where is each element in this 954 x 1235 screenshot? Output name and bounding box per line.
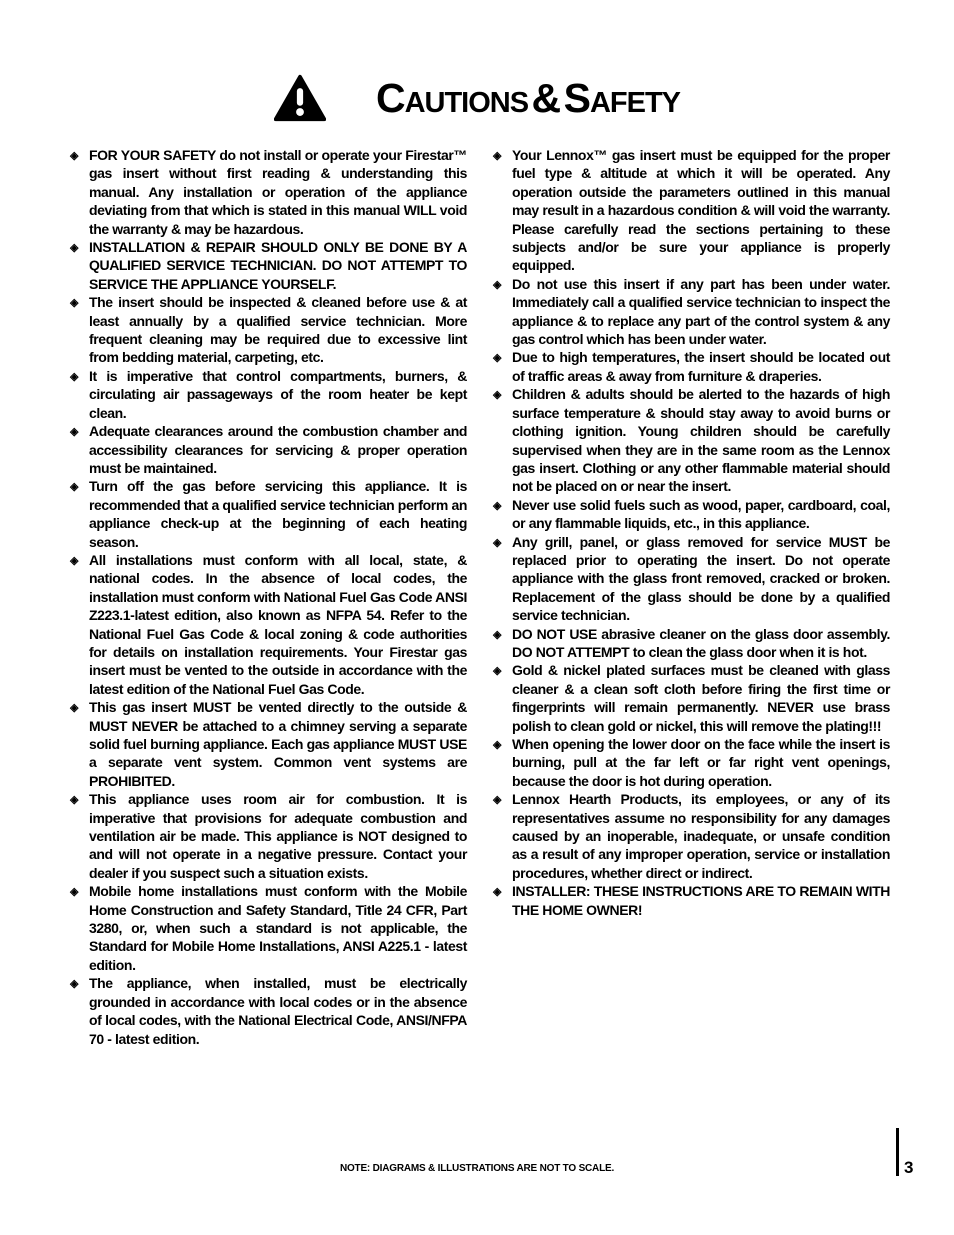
diamond-bullet-icon: ◈ — [493, 496, 512, 533]
diamond-bullet-icon: ◈ — [70, 698, 89, 790]
caution-text: Do not use this insert if any part has b… — [512, 275, 890, 349]
caution-item: ◈ INSTALLATION & REPAIR SHOULD ONLY BE D… — [70, 238, 467, 293]
caution-text: Your Lennox™ gas insert must be equipped… — [512, 146, 890, 275]
diamond-bullet-icon: ◈ — [493, 790, 512, 882]
diamond-bullet-icon: ◈ — [70, 551, 89, 698]
diamond-bullet-icon: ◈ — [70, 422, 89, 477]
diamond-bullet-icon: ◈ — [70, 367, 89, 422]
caution-text: It is imperative that control compartmen… — [89, 367, 467, 422]
caution-item: ◈ INSTALLER: THESE INSTRUCTIONS ARE TO R… — [493, 882, 890, 919]
diamond-bullet-icon: ◈ — [493, 882, 512, 919]
caution-item: ◈ Your Lennox™ gas insert must be equipp… — [493, 146, 890, 275]
caution-item: ◈ All installations must conform with al… — [70, 551, 467, 698]
caution-text: Adequate clearances around the combustio… — [89, 422, 467, 477]
caution-item: ◈ Turn off the gas before servicing this… — [70, 477, 467, 551]
caution-text: Never use solid fuels such as wood, pape… — [512, 496, 890, 533]
caution-text: DO NOT USE abrasive cleaner on the glass… — [512, 625, 890, 662]
caution-item: ◈ Due to high temperatures, the insert s… — [493, 348, 890, 385]
cautions-body: ◈ FOR YOUR SAFETY do not install or oper… — [70, 146, 890, 1048]
page-number: 3 — [904, 1158, 913, 1178]
caution-item: ◈ Lennox Hearth Products, its employees,… — [493, 790, 890, 882]
caution-item: ◈ Any grill, panel, or glass removed for… — [493, 533, 890, 625]
diamond-bullet-icon: ◈ — [70, 974, 89, 1048]
diamond-bullet-icon: ◈ — [493, 533, 512, 625]
page-header: CAUTIONS & SAFETY — [0, 74, 954, 122]
caution-item: ◈ It is imperative that control compartm… — [70, 367, 467, 422]
diamond-bullet-icon: ◈ — [70, 293, 89, 367]
caution-item: ◈ This appliance uses room air for combu… — [70, 790, 467, 882]
right-column: ◈ Your Lennox™ gas insert must be equipp… — [493, 146, 890, 1048]
diamond-bullet-icon: ◈ — [493, 146, 512, 275]
caution-item: ◈ When opening the lower door on the fac… — [493, 735, 890, 790]
caution-text: Any grill, panel, or glass removed for s… — [512, 533, 890, 625]
caution-text: Mobile home installations must conform w… — [89, 882, 467, 974]
diamond-bullet-icon: ◈ — [493, 275, 512, 349]
caution-text: Children & adults should be alerted to t… — [512, 385, 890, 495]
caution-text: FOR YOUR SAFETY do not install or operat… — [89, 146, 467, 238]
caution-text: When opening the lower door on the face … — [512, 735, 890, 790]
caution-text: INSTALLATION & REPAIR SHOULD ONLY BE DON… — [89, 238, 467, 293]
caution-item: ◈ This gas insert MUST be vented directl… — [70, 698, 467, 790]
diamond-bullet-icon: ◈ — [493, 625, 512, 662]
caution-item: ◈ Mobile home installations must conform… — [70, 882, 467, 974]
caution-text: This gas insert MUST be vented directly … — [89, 698, 467, 790]
warning-triangle-icon — [274, 74, 326, 122]
diamond-bullet-icon: ◈ — [70, 238, 89, 293]
caution-text: The appliance, when installed, must be e… — [89, 974, 467, 1048]
caution-text: Lennox Hearth Products, its employees, o… — [512, 790, 890, 882]
caution-item: ◈ Do not use this insert if any part has… — [493, 275, 890, 349]
caution-text: Due to high temperatures, the insert sho… — [512, 348, 890, 385]
caution-item: ◈ Children & adults should be alerted to… — [493, 385, 890, 495]
diamond-bullet-icon: ◈ — [493, 385, 512, 495]
diamond-bullet-icon: ◈ — [70, 477, 89, 551]
caution-text: This appliance uses room air for combust… — [89, 790, 467, 882]
caution-item: ◈ Adequate clearances around the combust… — [70, 422, 467, 477]
caution-text: All installations must conform with all … — [89, 551, 467, 698]
caution-item: ◈ Gold & nickel plated surfaces must be … — [493, 661, 890, 735]
diamond-bullet-icon: ◈ — [70, 882, 89, 974]
footer-note: NOTE: DIAGRAMS & ILLUSTRATIONS ARE NOT T… — [0, 1163, 954, 1174]
caution-text: Turn off the gas before servicing this a… — [89, 477, 467, 551]
caution-text: Gold & nickel plated surfaces must be cl… — [512, 661, 890, 735]
caution-item: ◈ The insert should be inspected & clean… — [70, 293, 467, 367]
caution-item: ◈ DO NOT USE abrasive cleaner on the gla… — [493, 625, 890, 662]
diamond-bullet-icon: ◈ — [493, 348, 512, 385]
diamond-bullet-icon: ◈ — [70, 790, 89, 882]
caution-item: ◈ Never use solid fuels such as wood, pa… — [493, 496, 890, 533]
diamond-bullet-icon: ◈ — [493, 661, 512, 735]
diamond-bullet-icon: ◈ — [70, 146, 89, 238]
footer-divider — [896, 1128, 899, 1176]
caution-item: ◈ The appliance, when installed, must be… — [70, 974, 467, 1048]
left-column: ◈ FOR YOUR SAFETY do not install or oper… — [70, 146, 467, 1048]
page-title: CAUTIONS & SAFETY — [376, 78, 680, 119]
caution-text: INSTALLER: THESE INSTRUCTIONS ARE TO REM… — [512, 882, 890, 919]
diamond-bullet-icon: ◈ — [493, 735, 512, 790]
caution-item: ◈ FOR YOUR SAFETY do not install or oper… — [70, 146, 467, 238]
caution-text: The insert should be inspected & cleaned… — [89, 293, 467, 367]
